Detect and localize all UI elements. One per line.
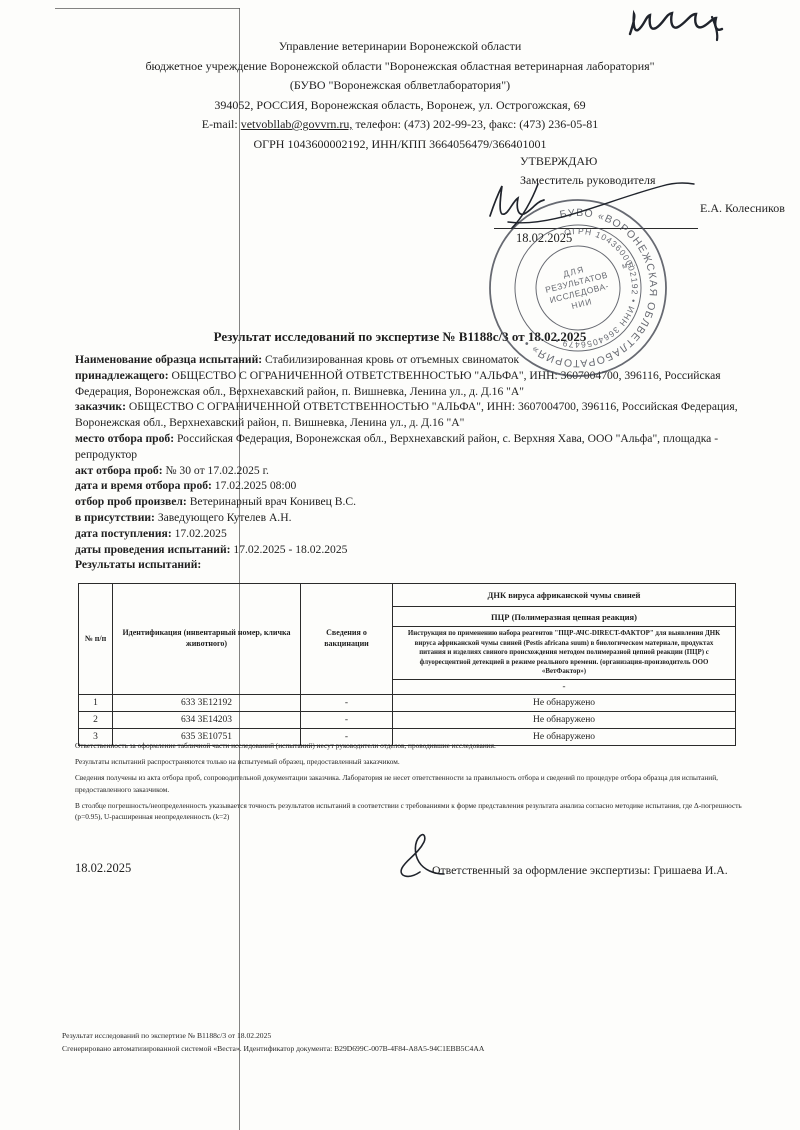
row-id: 634 3Е14203 [113,711,301,728]
institution-short-name: (БУВО "Воронежская облветлаборатория") [0,76,800,96]
row-num: 1 [79,694,113,711]
col-header-test-group: ДНК вируса африканской чумы свиней [393,584,736,607]
detail-line: в присутствии: Заведующего Кутелев А.Н. [75,510,739,526]
detail-line: заказчик: ОБЩЕСТВО С ОГРАНИЧЕННОЙ ОТВЕТС… [75,399,739,431]
approver-signature [472,172,707,234]
detail-line: Результаты испытаний: [75,557,739,573]
row-num: 2 [79,711,113,728]
scan-fold-line-horizontal [55,8,240,9]
col-header-sub: - [393,679,736,694]
col-header-vaccination: Сведения о вакцинации [301,584,393,695]
col-header-identification: Идентификация (инвентарный номер, кличка… [113,584,301,695]
email-label: E-mail: [202,117,238,131]
note-line: Результаты испытаний распространяются то… [75,756,749,768]
footer-line2: Сгенерировано автоматизированной системо… [62,1042,742,1055]
detail-line: акт отбора проб: № 30 от 17.02.2025 г. [75,463,739,479]
row-vaccination: - [301,711,393,728]
row-result: Не обнаружено [393,694,736,711]
document-footer: Результат исследований по экспертизе № B… [62,1029,742,1055]
letterhead: Управление ветеринарии Воронежской облас… [0,37,800,154]
col-header-num: № п/п [79,584,113,695]
footer-line1: Результат исследований по экспертизе № B… [62,1029,742,1042]
detail-line: дата поступления: 17.02.2025 [75,526,739,542]
note-line: Ответственность за оформление табличной … [75,740,749,752]
col-header-method-description: Инструкция по применению набора реагенто… [393,627,736,680]
signoff-date: 18.02.2025 [75,861,131,876]
disclaimer-notes: Ответственность за оформление табличной … [75,740,749,827]
sample-details: Наименование образца испытаний: Стабилиз… [75,352,739,573]
authority-name: Управление ветеринарии Воронежской облас… [0,37,800,57]
approve-word: УТВЕРЖДАЮ [520,152,656,171]
email-link[interactable]: vetvobllab@govvrn.ru, [241,117,353,131]
detail-line: место отбора проб: Российская Федерация,… [75,431,739,463]
document-page: Управление ветеринарии Воронежской облас… [0,0,800,1130]
row-id: 633 3Е12192 [113,694,301,711]
note-line: Сведения получены из акта отбора проб, с… [75,772,749,795]
detail-line: дата и время отбора проб: 17.02.2025 08:… [75,478,739,494]
table-row: 1 633 3Е12192 - Не обнаружено [79,694,736,711]
institution-name: бюджетное учреждение Воронежской области… [0,57,800,77]
col-header-method-group: ПЦР (Полимеразная цепная реакция) [393,607,736,627]
phone-fax: телефон: (473) 202-99-23, факс: (473) 23… [355,117,598,131]
contacts-line: E-mail: vetvobllab@govvrn.ru, телефон: (… [0,115,800,135]
results-table: № п/п Идентификация (инвентарный номер, … [78,583,736,746]
row-result: Не обнаружено [393,711,736,728]
note-line: В столбце погрешность/неопределенность у… [75,800,749,823]
row-vaccination: - [301,694,393,711]
approver-name: Е.А. Колесников [700,201,785,216]
responsible-person: Ответственный за оформление экспертизы: … [432,863,728,878]
ogrn-inn-line: ОГРН 1043600002192, ИНН/КПП 3664056479/3… [0,135,800,155]
detail-line: отбор проб произвел: Ветеринарный врач К… [75,494,739,510]
detail-line: даты проведения испытаний: 17.02.2025 - … [75,542,739,558]
table-row: 2 634 3Е14203 - Не обнаружено [79,711,736,728]
address-line: 394052, РОССИЯ, Воронежская область, Вор… [0,96,800,116]
